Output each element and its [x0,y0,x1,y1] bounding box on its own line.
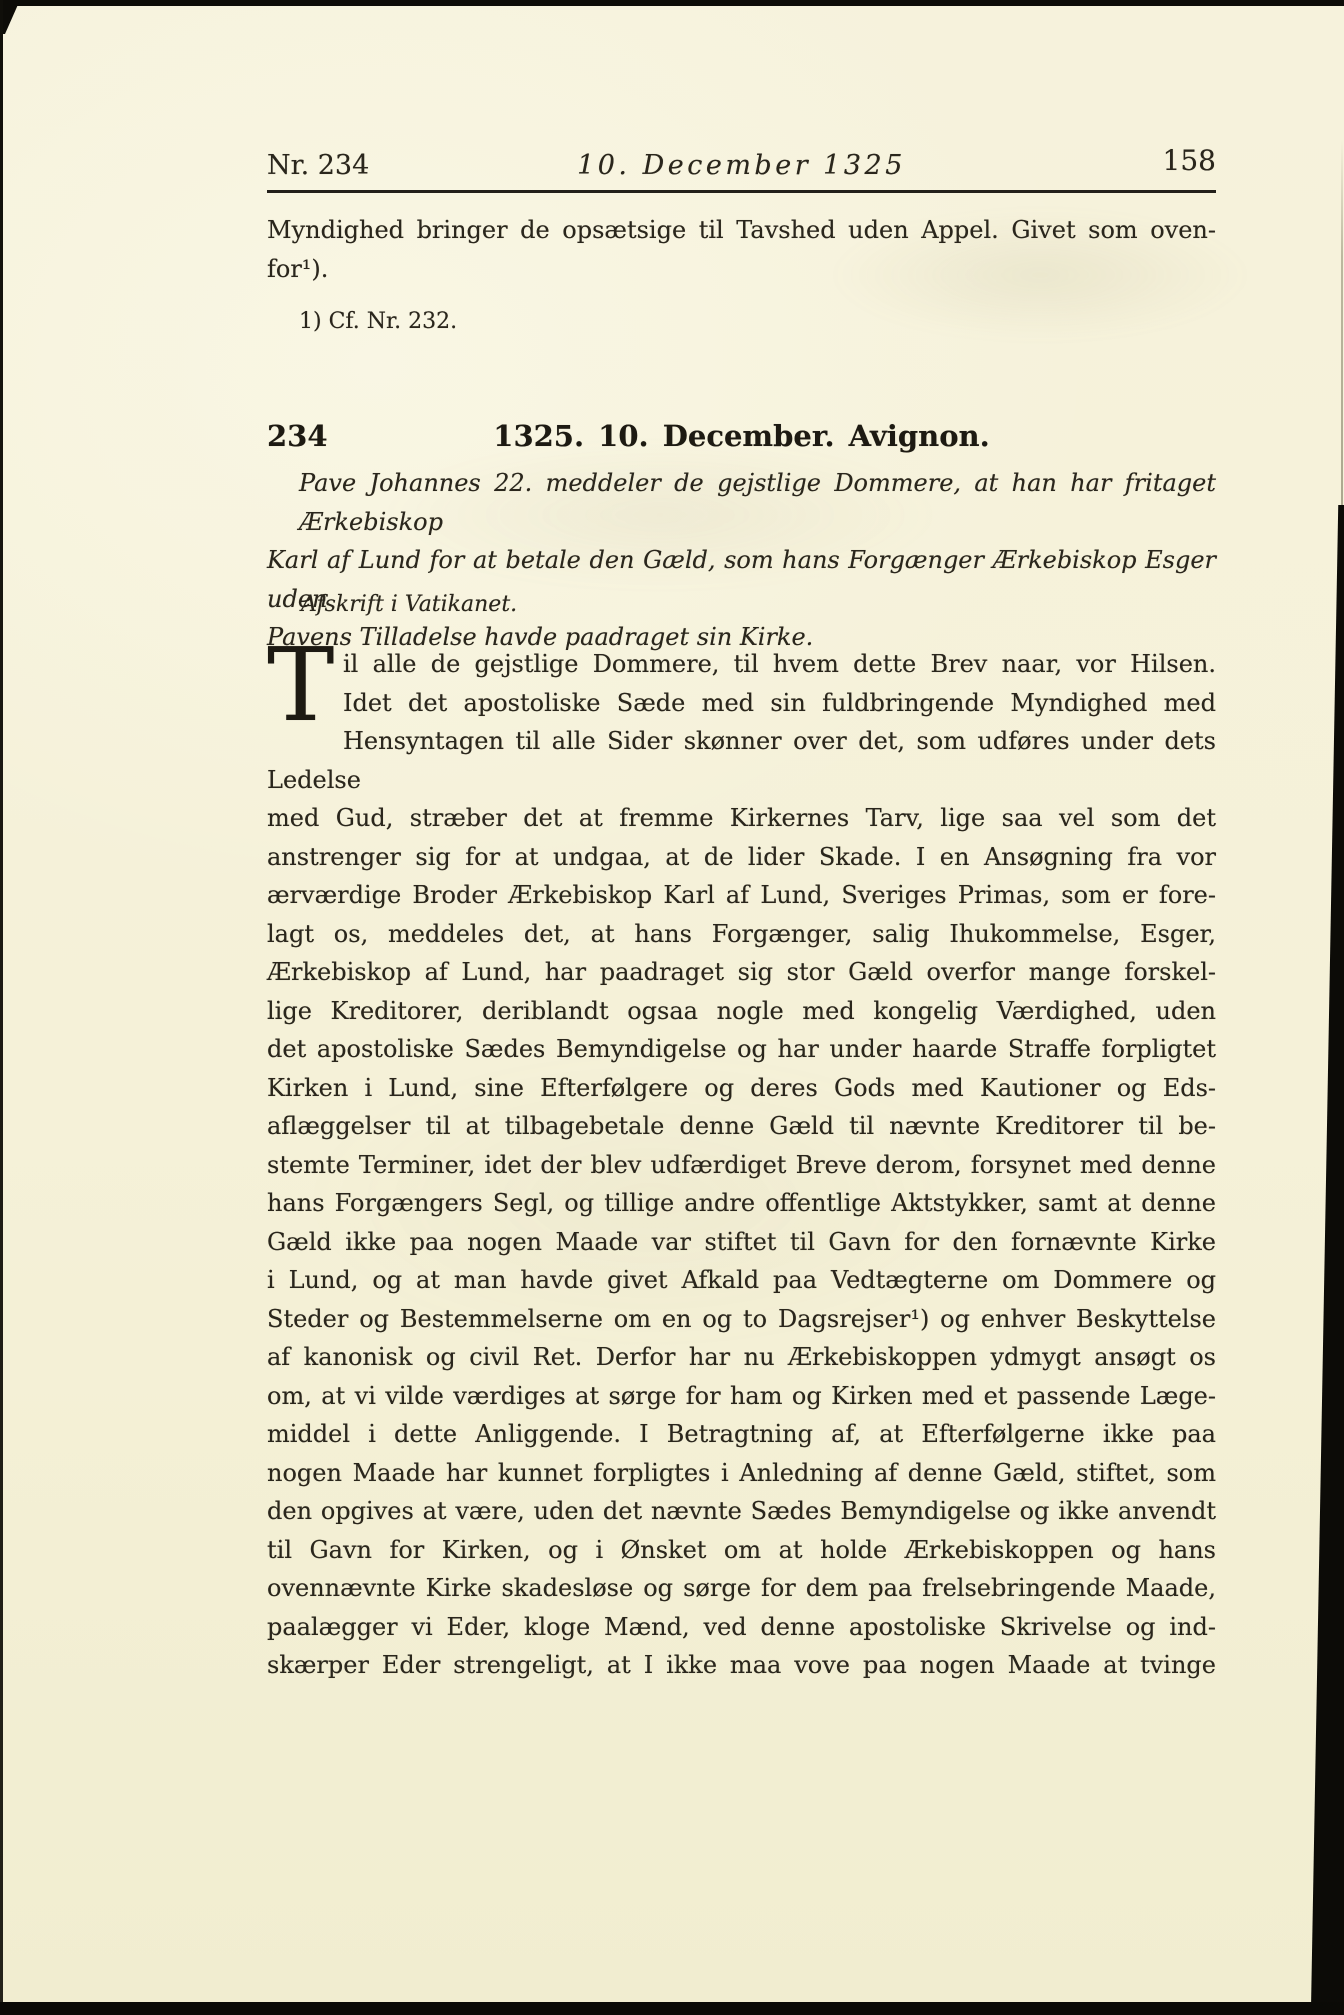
entry-summary: Pave Johannes 22. meddeler de gejstlige … [267,464,1216,657]
body-line: den opgives at være, uden det nævnte Sæd… [267,1492,1216,1531]
body-line: med Gud, stræber det at fremme Kirkernes… [267,799,1216,838]
continuation-line: for¹). [267,250,1216,289]
drop-cap: T [267,647,331,723]
body-line: Gæld ikke paa nogen Maade var stiftet ti… [267,1223,1216,1262]
header-rule [267,190,1216,193]
continuation-line: Myndighed bringer de opsætsige til Tavsh… [267,211,1216,250]
body-line: Idet det apostoliske Sæde med sin fuldbr… [267,684,1216,723]
body-line: hans Forgængers Segl, og tillige andre o… [267,1184,1216,1223]
scan-border-left [0,0,3,2015]
scan-corner-notch [0,0,20,34]
body-line: til Gavn for Kirken, og i Ønsket om at h… [267,1531,1216,1570]
body-line: Kirken i Lund, sine Efterfølgere og dere… [267,1069,1216,1108]
body-line: paalægger vi Eder, kloge Mænd, ved denne… [267,1608,1216,1647]
letter-body: T il alle de gejstlige Dommere, til hvem… [267,645,1216,1685]
body-line: af kanonisk og civil Ret. Derfor har nu … [267,1338,1216,1377]
body-line: skærper Eder strengeligt, at I ikke maa … [267,1646,1216,1685]
body-line: aflæggelser til at tilbagebetale denne G… [267,1107,1216,1146]
body-line: Hensyntagen til alle Sider skønner over … [267,722,1216,799]
summary-line: Pave Johannes 22. meddeler de gejstlige … [267,464,1216,541]
body-line: middel i dette Anliggende. I Betragtning… [267,1415,1216,1454]
header-page-number: 158 [1163,144,1216,177]
body-line: ovennævnte Kirke skadesløse og sørge for… [267,1569,1216,1608]
running-header: Nr. 234 10. December 1325 158 [267,150,1216,190]
footnote: 1) Cf. Nr. 232. [267,309,1248,334]
body-line: i Lund, og at man havde givet Afkald paa… [267,1261,1216,1300]
body-line: lige Kreditorer, deriblandt ogsaa nogle … [267,992,1216,1031]
continuation-paragraph: Myndighed bringer de opsætsige til Tavsh… [267,211,1216,288]
body-line: nogen Maade har kunnet forpligtes i Anle… [267,1454,1216,1493]
body-line: om, at vi vilde værdiges at sørge for ha… [267,1377,1216,1416]
scan-border-bottom [0,2002,1344,2015]
scanned-book-page: Nr. 234 10. December 1325 158 Myndighed … [0,0,1344,2015]
body-line: Ærkebiskop af Lund, har paadraget sig st… [267,953,1216,992]
body-line: stemte Terminer, idet der blev udfærdige… [267,1146,1216,1185]
scan-border-top [0,0,1344,6]
body-line: det apostoliske Sædes Bemyndigelse og ha… [267,1030,1216,1069]
source-note: Afskrift i Vatikanet. [267,592,1250,617]
scan-edge-right-wedge [1308,505,1344,2015]
body-line: ærværdige Broder Ærkebiskop Karl af Lund… [267,876,1216,915]
body-line: lagt os, meddeles det, at hans Forgænger… [267,915,1216,954]
body-line: il alle de gejstlige Dommere, til hvem d… [267,645,1216,684]
entry-heading-row: 234 1325. 10. December. Avignon. [267,419,1216,457]
header-date: 10. December 1325 [267,150,1216,181]
body-line: Steder og Bestemmelserne om en og to Dag… [267,1300,1216,1339]
scan-edge-right-line [1341,140,1343,530]
entry-heading: 1325. 10. December. Avignon. [267,419,1216,453]
body-line: anstrenger sig for at undgaa, at de lide… [267,838,1216,877]
